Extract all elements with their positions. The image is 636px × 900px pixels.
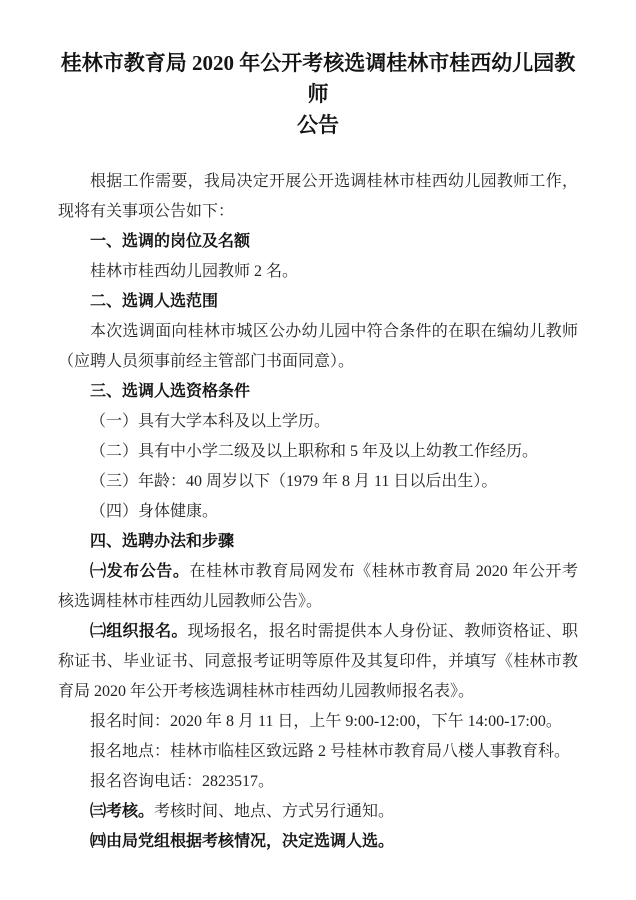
step-paragraph-2: ㈡组织报名。现场报名，报名时需提供本人身份证、教师资格证、职称证书、毕业证书、同… <box>58 617 578 707</box>
registration-time: 报名时间：2020 年 8 月 11 日，上午 9:00-12:00，下午 14… <box>58 707 578 737</box>
list-item-2: （二）具有中小学二级及以上职称和 5 年及以上幼教工作经历。 <box>58 437 578 467</box>
document-title: 桂林市教育局 2020 年公开考核选调桂林市桂西幼儿园教师 公告 <box>58 48 578 141</box>
document-title-line2: 公告 <box>58 110 578 141</box>
document-title-line1: 桂林市教育局 2020 年公开考核选调桂林市桂西幼儿园教师 <box>58 48 578 110</box>
intro-paragraph: 根据工作需要，我局决定开展公开选调桂林市桂西幼儿园教师工作，现将有关事项公告如下… <box>58 167 578 227</box>
step-paragraph-3: ㈢考核。考核时间、地点、方式另行通知。 <box>58 797 578 827</box>
page-number: 1 <box>0 831 636 843</box>
list-item-3: （三）年龄：40 周岁以下（1979 年 8 月 11 日以后出生）。 <box>58 467 578 497</box>
registration-phone: 报名咨询电话：2823517。 <box>58 767 578 797</box>
section-heading-3: 三、选调人选资格条件 <box>58 377 578 407</box>
registration-place: 报名地点：桂林市临桂区致远路 2 号桂林市教育局八楼人事教育科。 <box>58 737 578 767</box>
section-heading-1: 一、选调的岗位及名额 <box>58 227 578 257</box>
list-item-1: （一）具有大学本科及以上学历。 <box>58 407 578 437</box>
document-page: 桂林市教育局 2020 年公开考核选调桂林市桂西幼儿园教师 公告 根据工作需要，… <box>0 0 636 900</box>
section-heading-4: 四、选聘办法和步骤 <box>58 527 578 557</box>
step-paragraph-1: ㈠发布公告。在桂林市教育局网发布《桂林市教育局 2020 年公开考核选调桂林市桂… <box>58 557 578 617</box>
document-paragraph: 桂林市桂西幼儿园教师 2 名。 <box>58 257 578 287</box>
document-paragraph: 本次选调面向桂林市城区公办幼儿园中符合条件的在职在编幼儿教师（应聘人员须事前经主… <box>58 317 578 377</box>
section-heading-2: 二、选调人选范围 <box>58 287 578 317</box>
list-item-4: （四）身体健康。 <box>58 497 578 527</box>
